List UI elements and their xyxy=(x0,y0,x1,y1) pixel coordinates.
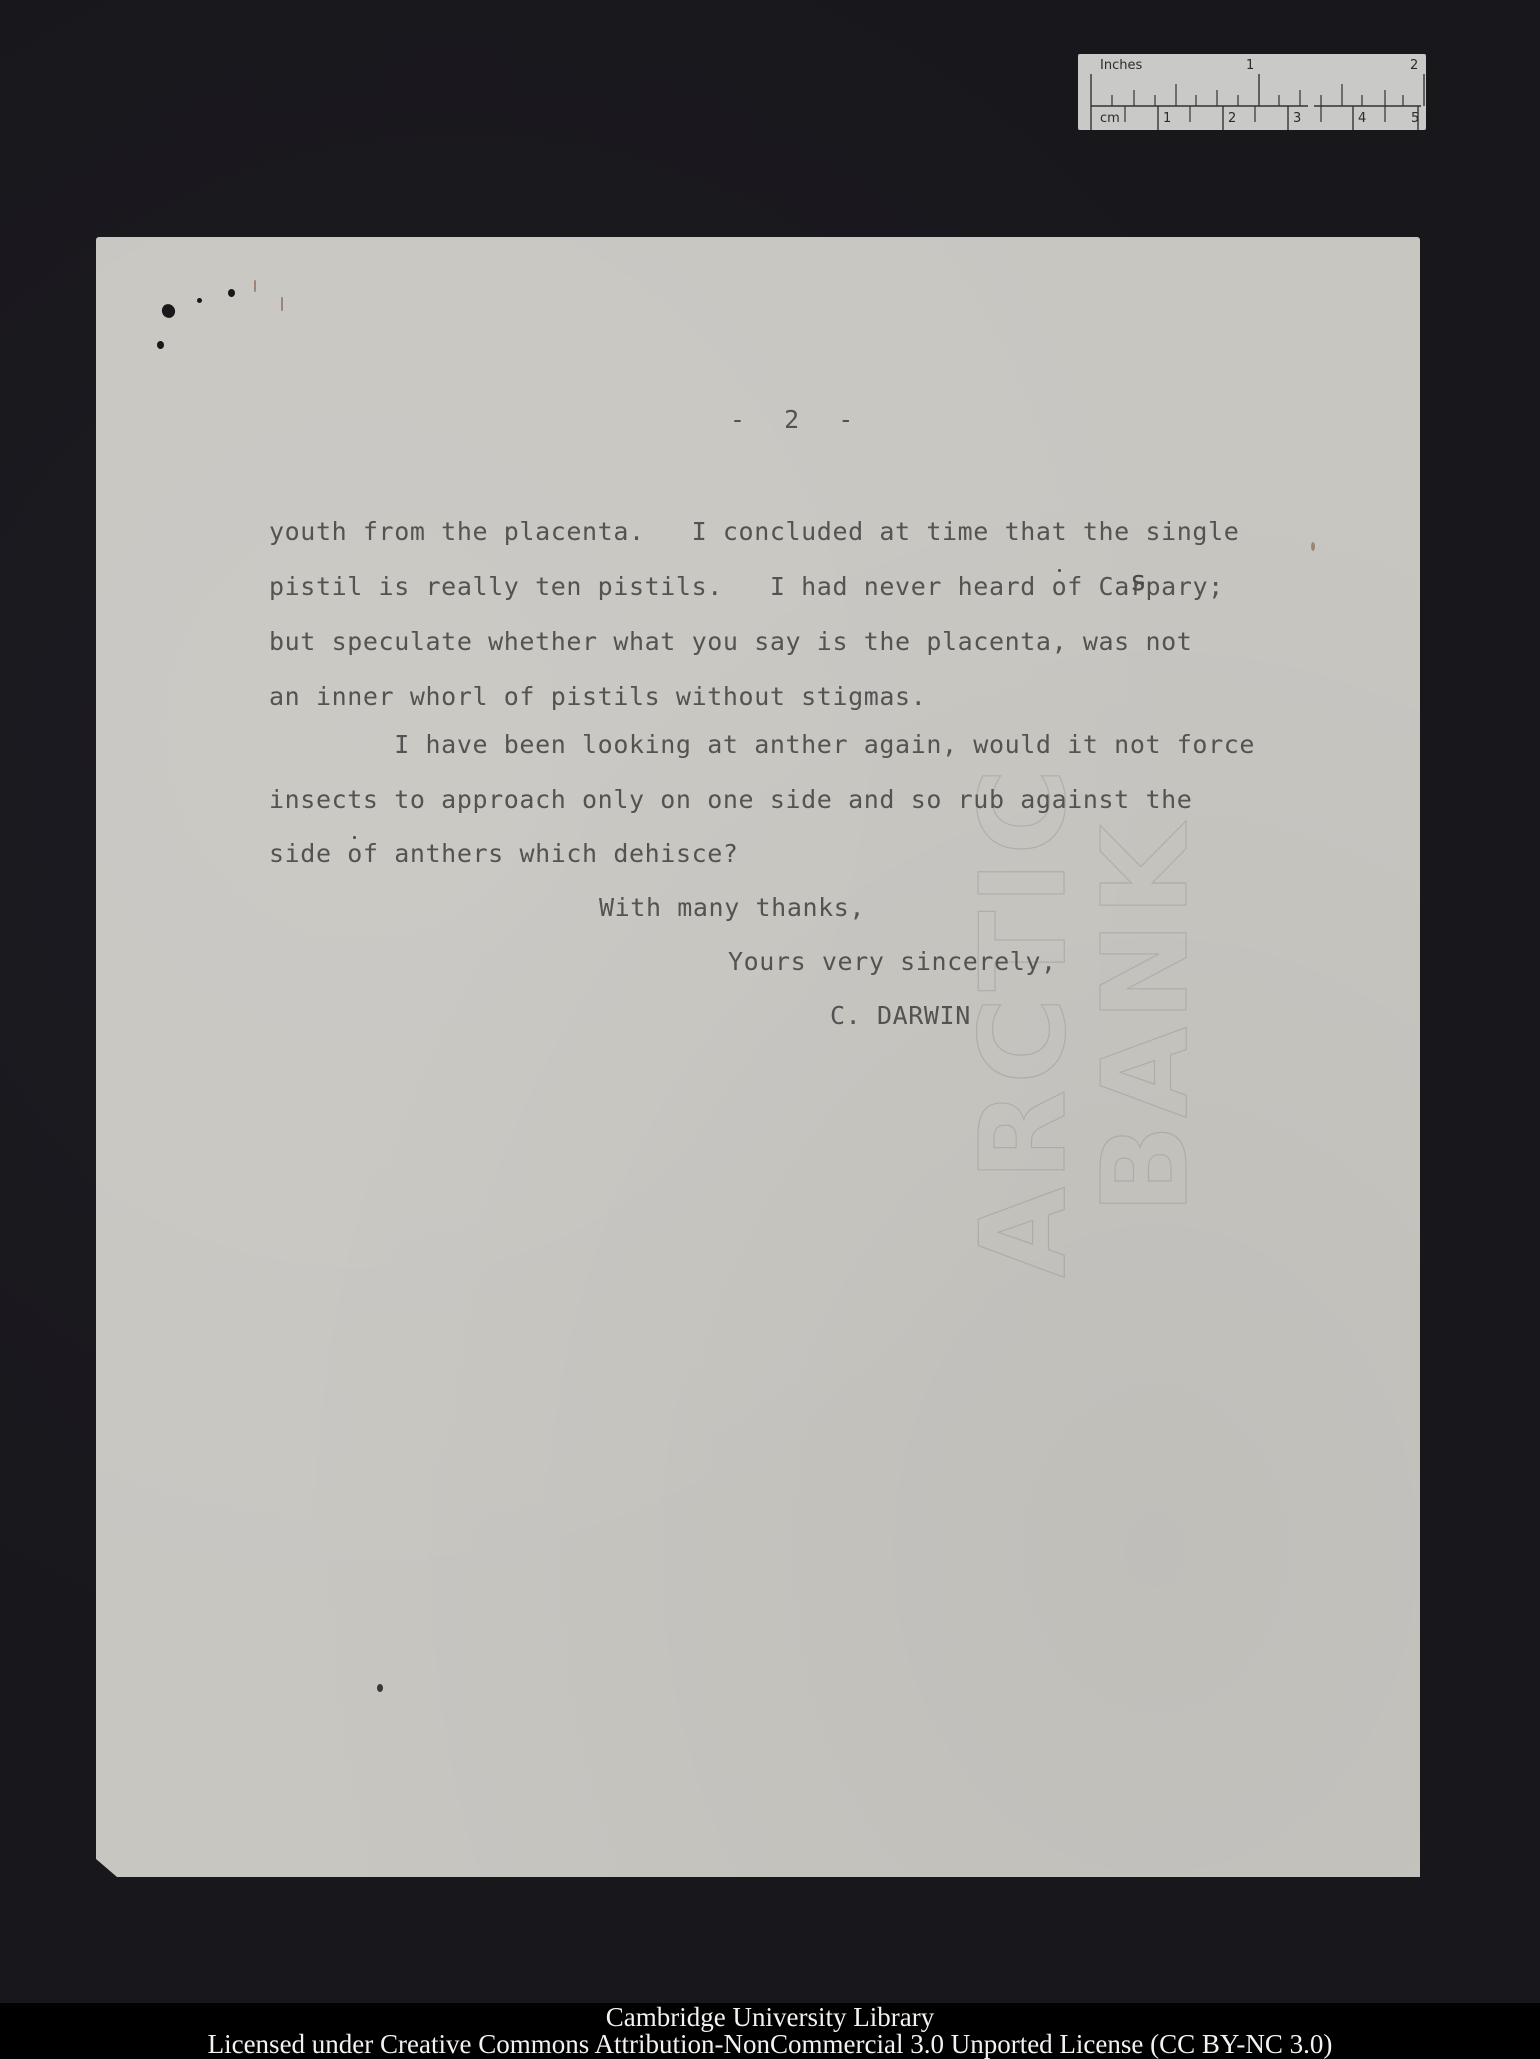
line-text-marked: of xyxy=(1052,572,1083,602)
closing-line: With many thanks, xyxy=(599,893,865,923)
footer-license: Licensed under Creative Commons Attribut… xyxy=(0,2030,1540,2058)
watermark-bank: BANK xyxy=(1086,819,1204,1214)
overstrike-correction: rs xyxy=(1130,572,1146,602)
valediction: Yours very sincerely, xyxy=(728,947,1057,977)
signature: C. DARWIN xyxy=(830,1001,971,1031)
line-text: Ca xyxy=(1083,572,1130,601)
ruler-inches-label: Inches xyxy=(1100,59,1142,72)
spot-mark xyxy=(377,1684,383,1692)
line-text: anthers which dehisce? xyxy=(379,839,739,868)
stain-mark xyxy=(281,297,283,311)
letter-page: ARCTIC BANK - 2 - youth from the placent… xyxy=(96,237,1420,1877)
letter-line: youth from the placenta. I concluded at … xyxy=(269,517,1239,547)
page-number: - 2 - xyxy=(730,405,865,435)
punch-hole xyxy=(157,341,164,349)
ruler-cm-tick-label: 4 xyxy=(1358,112,1366,125)
watermark-arctic: ARCTIC xyxy=(964,762,1082,1278)
ruler-inch-tick-label: 2 xyxy=(1410,59,1418,72)
letter-line: side of anthers which dehisce? xyxy=(269,839,739,869)
measurement-ruler: Inches 1 2 cm 1 2 3 4 5 xyxy=(1078,54,1426,130)
letter-line: pistil is really ten pistils. I had neve… xyxy=(269,572,1224,602)
punch-hole xyxy=(197,298,202,303)
stain-mark xyxy=(1311,542,1315,551)
stain-mark xyxy=(254,280,256,292)
line-text-marked: of xyxy=(347,839,378,869)
overtyped-character: s xyxy=(1130,566,1147,596)
license-footer: Cambridge University Library Licensed un… xyxy=(0,2003,1540,2059)
line-text: side xyxy=(269,839,347,868)
ruler-cm-tick-label: 3 xyxy=(1293,112,1301,125)
letter-line: I have been looking at anther again, wou… xyxy=(269,730,1255,760)
letter-line: an inner whorl of pistils without stigma… xyxy=(269,682,926,712)
letter-line: insects to approach only on one side and… xyxy=(269,785,1192,815)
ruler-cm-tick-label: 5 xyxy=(1411,112,1419,125)
ruler-cm-tick-label: 1 xyxy=(1163,112,1171,125)
line-text: pary; xyxy=(1146,572,1224,601)
ruler-cm-label: cm xyxy=(1100,112,1120,125)
ruler-inch-tick-label: 1 xyxy=(1246,59,1254,72)
punch-hole xyxy=(228,289,235,297)
footer-institution: Cambridge University Library xyxy=(0,2003,1540,2031)
punch-hole xyxy=(160,302,178,320)
ruler-cm-tick-label: 2 xyxy=(1228,112,1236,125)
line-text: pistil is really ten pistils. I had neve… xyxy=(269,572,1052,601)
letter-line: but speculate whether what you say is th… xyxy=(269,627,1192,657)
